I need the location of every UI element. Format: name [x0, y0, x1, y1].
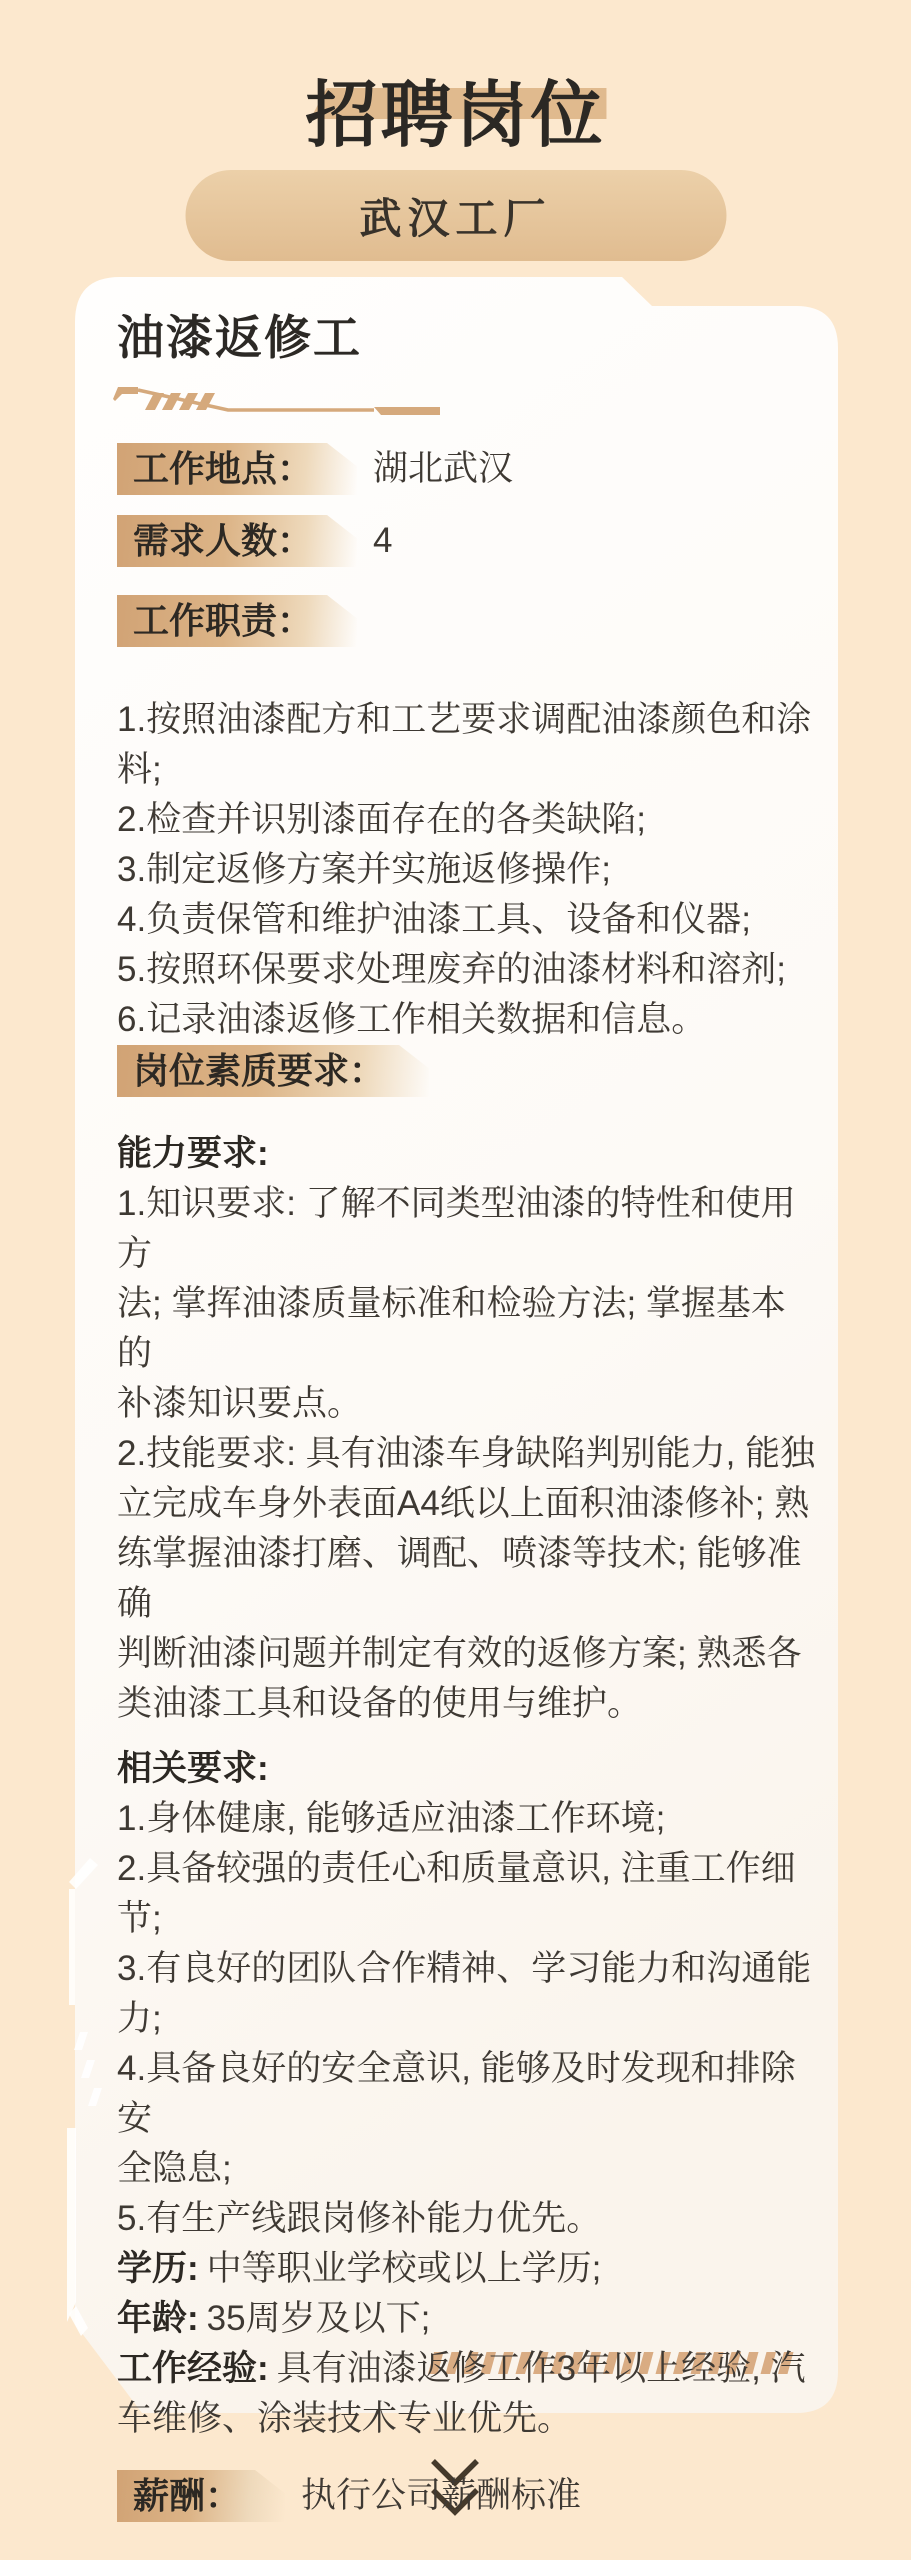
location-row: 工作地点： 湖北武汉 — [117, 443, 817, 495]
experience-fact: 工作经验:具有油漆返修工作3年以上经验, 汽 车维修、涂装技术专业优先。 — [117, 2344, 817, 2444]
related-item: 3.有良好的团队合作精神、学习能力和沟通能 力; — [117, 1944, 817, 2044]
factory-tab-wuhan[interactable]: 武汉工厂 — [185, 170, 726, 261]
ability-header: 能力要求: — [117, 1129, 817, 1179]
page-title: 招聘岗位 — [0, 68, 911, 164]
related-header: 相关要求: — [117, 1744, 817, 1794]
headcount-label-chip: 需求人数： — [117, 515, 357, 567]
divider-ornament — [112, 383, 442, 421]
related-item: 5.有生产线跟岗修补能力优先。 — [117, 2194, 817, 2244]
factory-tab-label: 武汉工厂 — [359, 186, 551, 246]
duties-label-chip: 工作职责： — [117, 595, 357, 647]
ability-item: 1.知识要求: 了解不同类型油漆的特性和使用方 法; 掌挥油漆质量标准和检验方法… — [117, 1179, 817, 1429]
quality-section-header: 岗位素质要求： — [117, 1045, 817, 1097]
duty-item: 6.记录油漆返修工作相关数据和信息。 — [117, 995, 817, 1045]
education-fact: 学历:中等职业学校或以上学历; — [117, 2244, 817, 2294]
related-item: 2.具备较强的责任心和质量意识, 注重工作细 节; — [117, 1844, 817, 1944]
job-title: 油漆返修工 — [117, 312, 817, 364]
ability-item: 2.技能要求: 具有油漆车身缺陷判别能力, 能独 立完成车身外表面A4纸以上面积… — [117, 1429, 817, 1729]
age-label: 年龄: — [117, 2299, 199, 2338]
duties-list: 1.按照油漆配方和工艺要求调配油漆颜色和涂 料; 2.检查并识别漆面存在的各类缺… — [117, 695, 817, 1045]
salary-row: 薪酬： 执行公司薪酬标准 — [117, 2470, 817, 2522]
recruitment-poster: 招聘岗位 武汉工厂 — [0, 0, 911, 2560]
job-card-content: 油漆返修工 工作地点： 湖北武汉 需求人数： 4 工作职责： 1.按照油漆配方和… — [117, 312, 817, 2522]
duties-section-header: 工作职责： — [117, 595, 817, 647]
age-value: 35周岁及以下; — [207, 2299, 431, 2338]
related-item: 4.具备良好的安全意识, 能够及时发现和排除安 全隐息; — [117, 2044, 817, 2194]
salary-label-chip: 薪酬： — [117, 2470, 285, 2522]
quality-label-chip: 岗位素质要求： — [117, 1045, 429, 1097]
duty-item: 4.负责保管和维护油漆工具、设备和仪器; — [117, 895, 817, 945]
headcount-row: 需求人数： 4 — [117, 515, 817, 567]
age-fact: 年龄:35周岁及以下; — [117, 2294, 817, 2344]
duty-item: 2.检查并识别漆面存在的各类缺陷; — [117, 795, 817, 845]
education-label: 学历: — [117, 2249, 199, 2288]
duty-item: 1.按照油漆配方和工艺要求调配油漆颜色和涂 料; — [117, 695, 817, 795]
experience-label: 工作经验: — [117, 2349, 269, 2388]
headcount-value: 4 — [373, 516, 392, 566]
duty-item: 5.按照环保要求处理废弃的油漆材料和溶剂; — [117, 945, 817, 995]
related-item: 1.身体健康, 能够适应油漆工作环境; — [117, 1794, 817, 1844]
salary-value: 执行公司薪酬标准 — [301, 2471, 581, 2521]
location-value: 湖北武汉 — [373, 444, 513, 494]
education-value: 中等职业学校或以上学历; — [207, 2249, 602, 2288]
location-label-chip: 工作地点： — [117, 443, 357, 495]
duty-item: 3.制定返修方案并实施返修操作; — [117, 845, 817, 895]
